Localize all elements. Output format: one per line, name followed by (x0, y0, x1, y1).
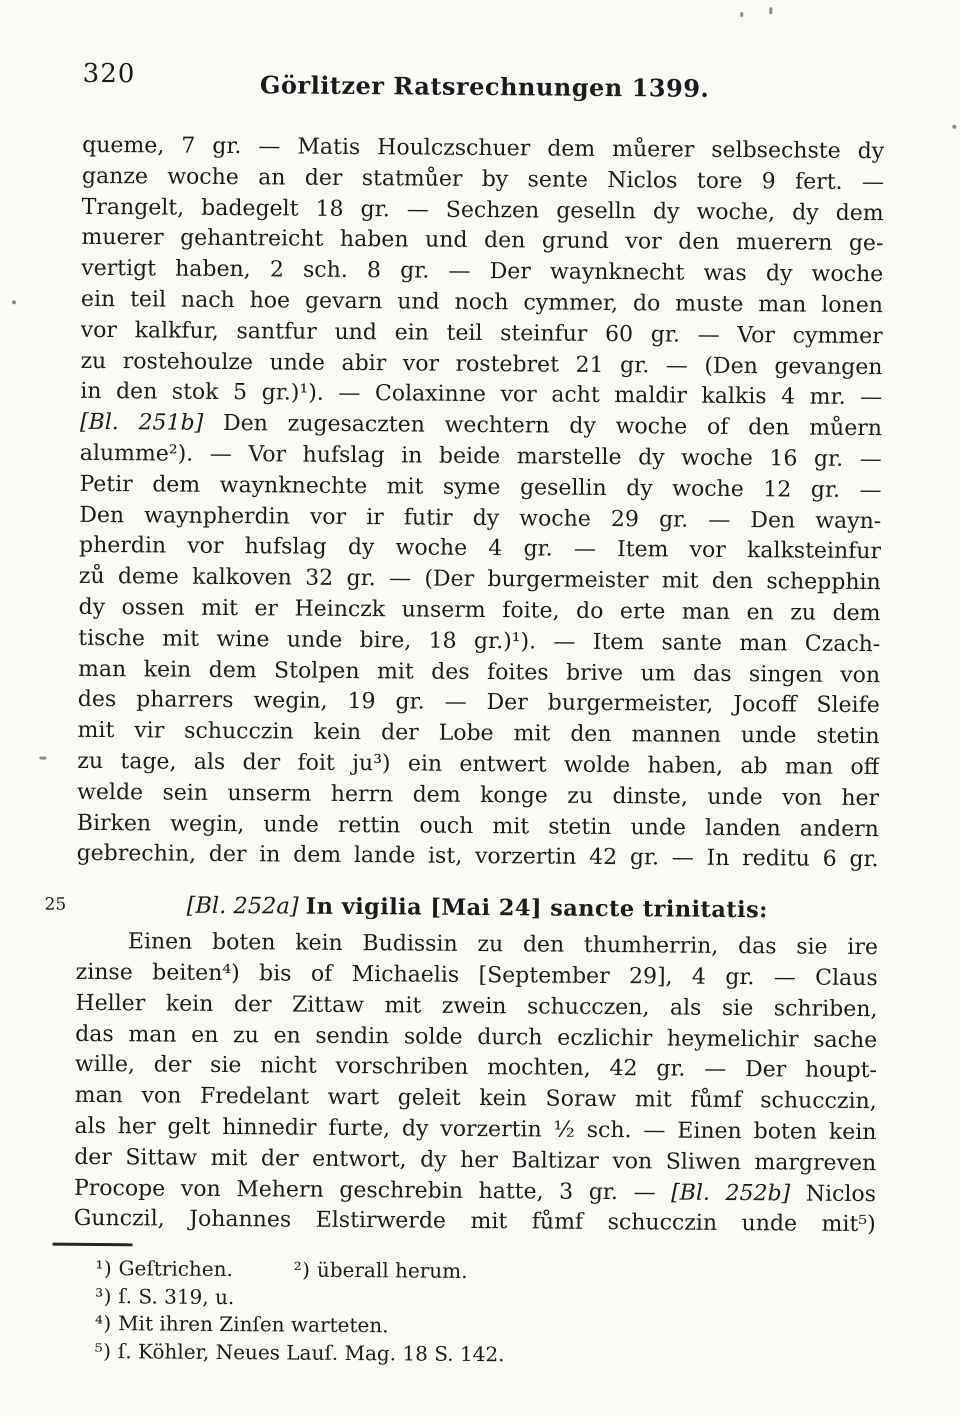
scanned-content: 320 Görlitzer Ratsrechnungen 1399. queme… (0, 0, 960, 1417)
footnote-3: ³) ſ. S. 319, u. (95, 1282, 234, 1311)
footnote-2: ²) überall herum. (294, 1257, 468, 1286)
line-text: Den zugesaczten wechtern dy woche of den… (203, 411, 882, 441)
text-block: queme, 7 gr. — Matis Houlczschuer dem mů… (74, 131, 885, 1241)
line-text: Procope von Mehern geschrebin hatte, 3 g… (74, 1175, 671, 1205)
scan-speck (769, 7, 772, 14)
footnote-5: ⁵) ſ. Köhler, Neues Lauſ. Mag. 18 S. 142… (95, 1337, 505, 1368)
footnote-1: ¹) Geſtrichen. (95, 1255, 287, 1284)
folio-ref: [Bl. 251b] (80, 410, 203, 436)
folio-ref: [Bl. 252a] (187, 893, 299, 920)
footnote-row: ⁵) ſ. Köhler, Neues Lauſ. Mag. 18 S. 142… (95, 1337, 875, 1371)
book-page: 320 Görlitzer Ratsrechnungen 1399. queme… (0, 0, 960, 1417)
footnotes: ¹) Geſtrichen. ²) überall herum. ³) ſ. S… (73, 1243, 876, 1371)
footnote-separator (53, 1243, 133, 1247)
text-line: gebrechin, der in dem lande ist, vorzert… (76, 839, 878, 876)
scan-speck (39, 757, 46, 760)
running-title: Görlitzer Ratsrechnungen 1399. (5, 68, 960, 105)
scan-speck (740, 12, 743, 17)
section-heading: 25 [Bl. 252a] In vigilia [Mai 24] sancte… (76, 890, 878, 927)
line-text: Niclos (790, 1181, 876, 1207)
folio-ref: [Bl. 252b] (671, 1180, 790, 1206)
scan-speck (12, 300, 16, 304)
footnote-4: ⁴) Mit ihren Zinſen warteten. (95, 1310, 389, 1340)
scan-speck (952, 125, 956, 129)
heading-text: In vigilia [Mai 24] sancte trinitatis: (306, 894, 768, 924)
margin-line-number: 25 (36, 895, 66, 915)
footnote-body: ¹) Geſtrichen. ²) überall herum. ³) ſ. S… (95, 1255, 876, 1371)
text-line: 35 Gunczil, Johannes Elstirwerde mit fům… (74, 1204, 876, 1241)
